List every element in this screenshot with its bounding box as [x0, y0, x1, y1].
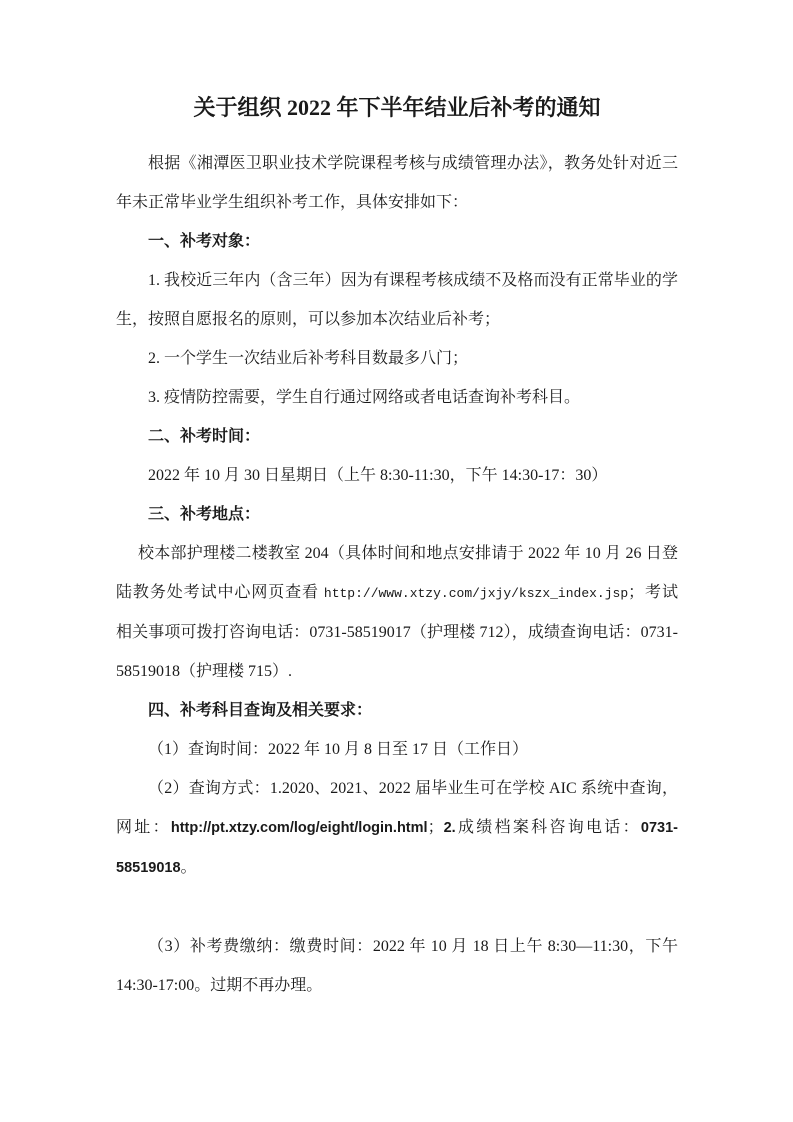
- section-heading-4: 四、补考科目查询及相关要求：: [116, 691, 678, 730]
- intro-paragraph: 根据《湘潭医卫职业技术学院课程考核与成绩管理办法》，教务处针对近三年未正常毕业学…: [116, 144, 678, 222]
- exam-time-paragraph: 2022 年 10 月 30 日星期日（上午 8:30-11:30，下午 14:…: [116, 456, 678, 495]
- query-method-item-number: 2.: [444, 820, 456, 836]
- query-time-paragraph: （1）查询时间：2022 年 10 月 8 日至 17 日（工作日）: [116, 730, 678, 769]
- document-title: 关于组织 2022 年下半年结业后补考的通知: [116, 86, 678, 130]
- login-url: http://pt.xtzy.com/log/eight/login.html: [171, 820, 428, 836]
- archive-phone-label: 成绩档案科咨询电话：: [456, 819, 641, 836]
- query-method-period: 。: [181, 859, 197, 876]
- document-page: 关于组织 2022 年下半年结业后补考的通知 根据《湘潭医卫职业技术学院课程考核…: [0, 0, 793, 1122]
- exam-location-paragraph: 校本部护理楼二楼教室 204（具体时间和地点安排请于 2022 年 10 月 2…: [116, 534, 678, 691]
- section1-item-1: 1. 我校近三年内（含三年）因为有课程考核成绩不及格而没有正常毕业的学生，按照自…: [116, 261, 678, 339]
- section1-item-3: 3. 疫情防控需要，学生自行通过网络或者电话查询补考科目。: [116, 378, 678, 417]
- section-heading-1: 一、补考对象：: [116, 222, 678, 261]
- section1-item-2: 2. 一个学生一次结业后补考科目数最多八门；: [116, 339, 678, 378]
- blank-line-spacer: [116, 888, 678, 927]
- section-heading-2: 二、补考时间：: [116, 417, 678, 456]
- fee-payment-paragraph: （3）补考费缴纳：缴费时间：2022 年 10 月 18 日上午 8:30—11…: [116, 927, 678, 1005]
- query-method-paragraph: （2）查询方式：1.2020、2021、2022 届毕业生可在学校 AIC 系统…: [116, 769, 678, 888]
- query-method-separator: ；: [428, 819, 444, 836]
- section-heading-3: 三、补考地点：: [116, 495, 678, 534]
- exam-center-url: http://www.xtzy.com/jxjy/kszx_index.jsp: [324, 586, 628, 601]
